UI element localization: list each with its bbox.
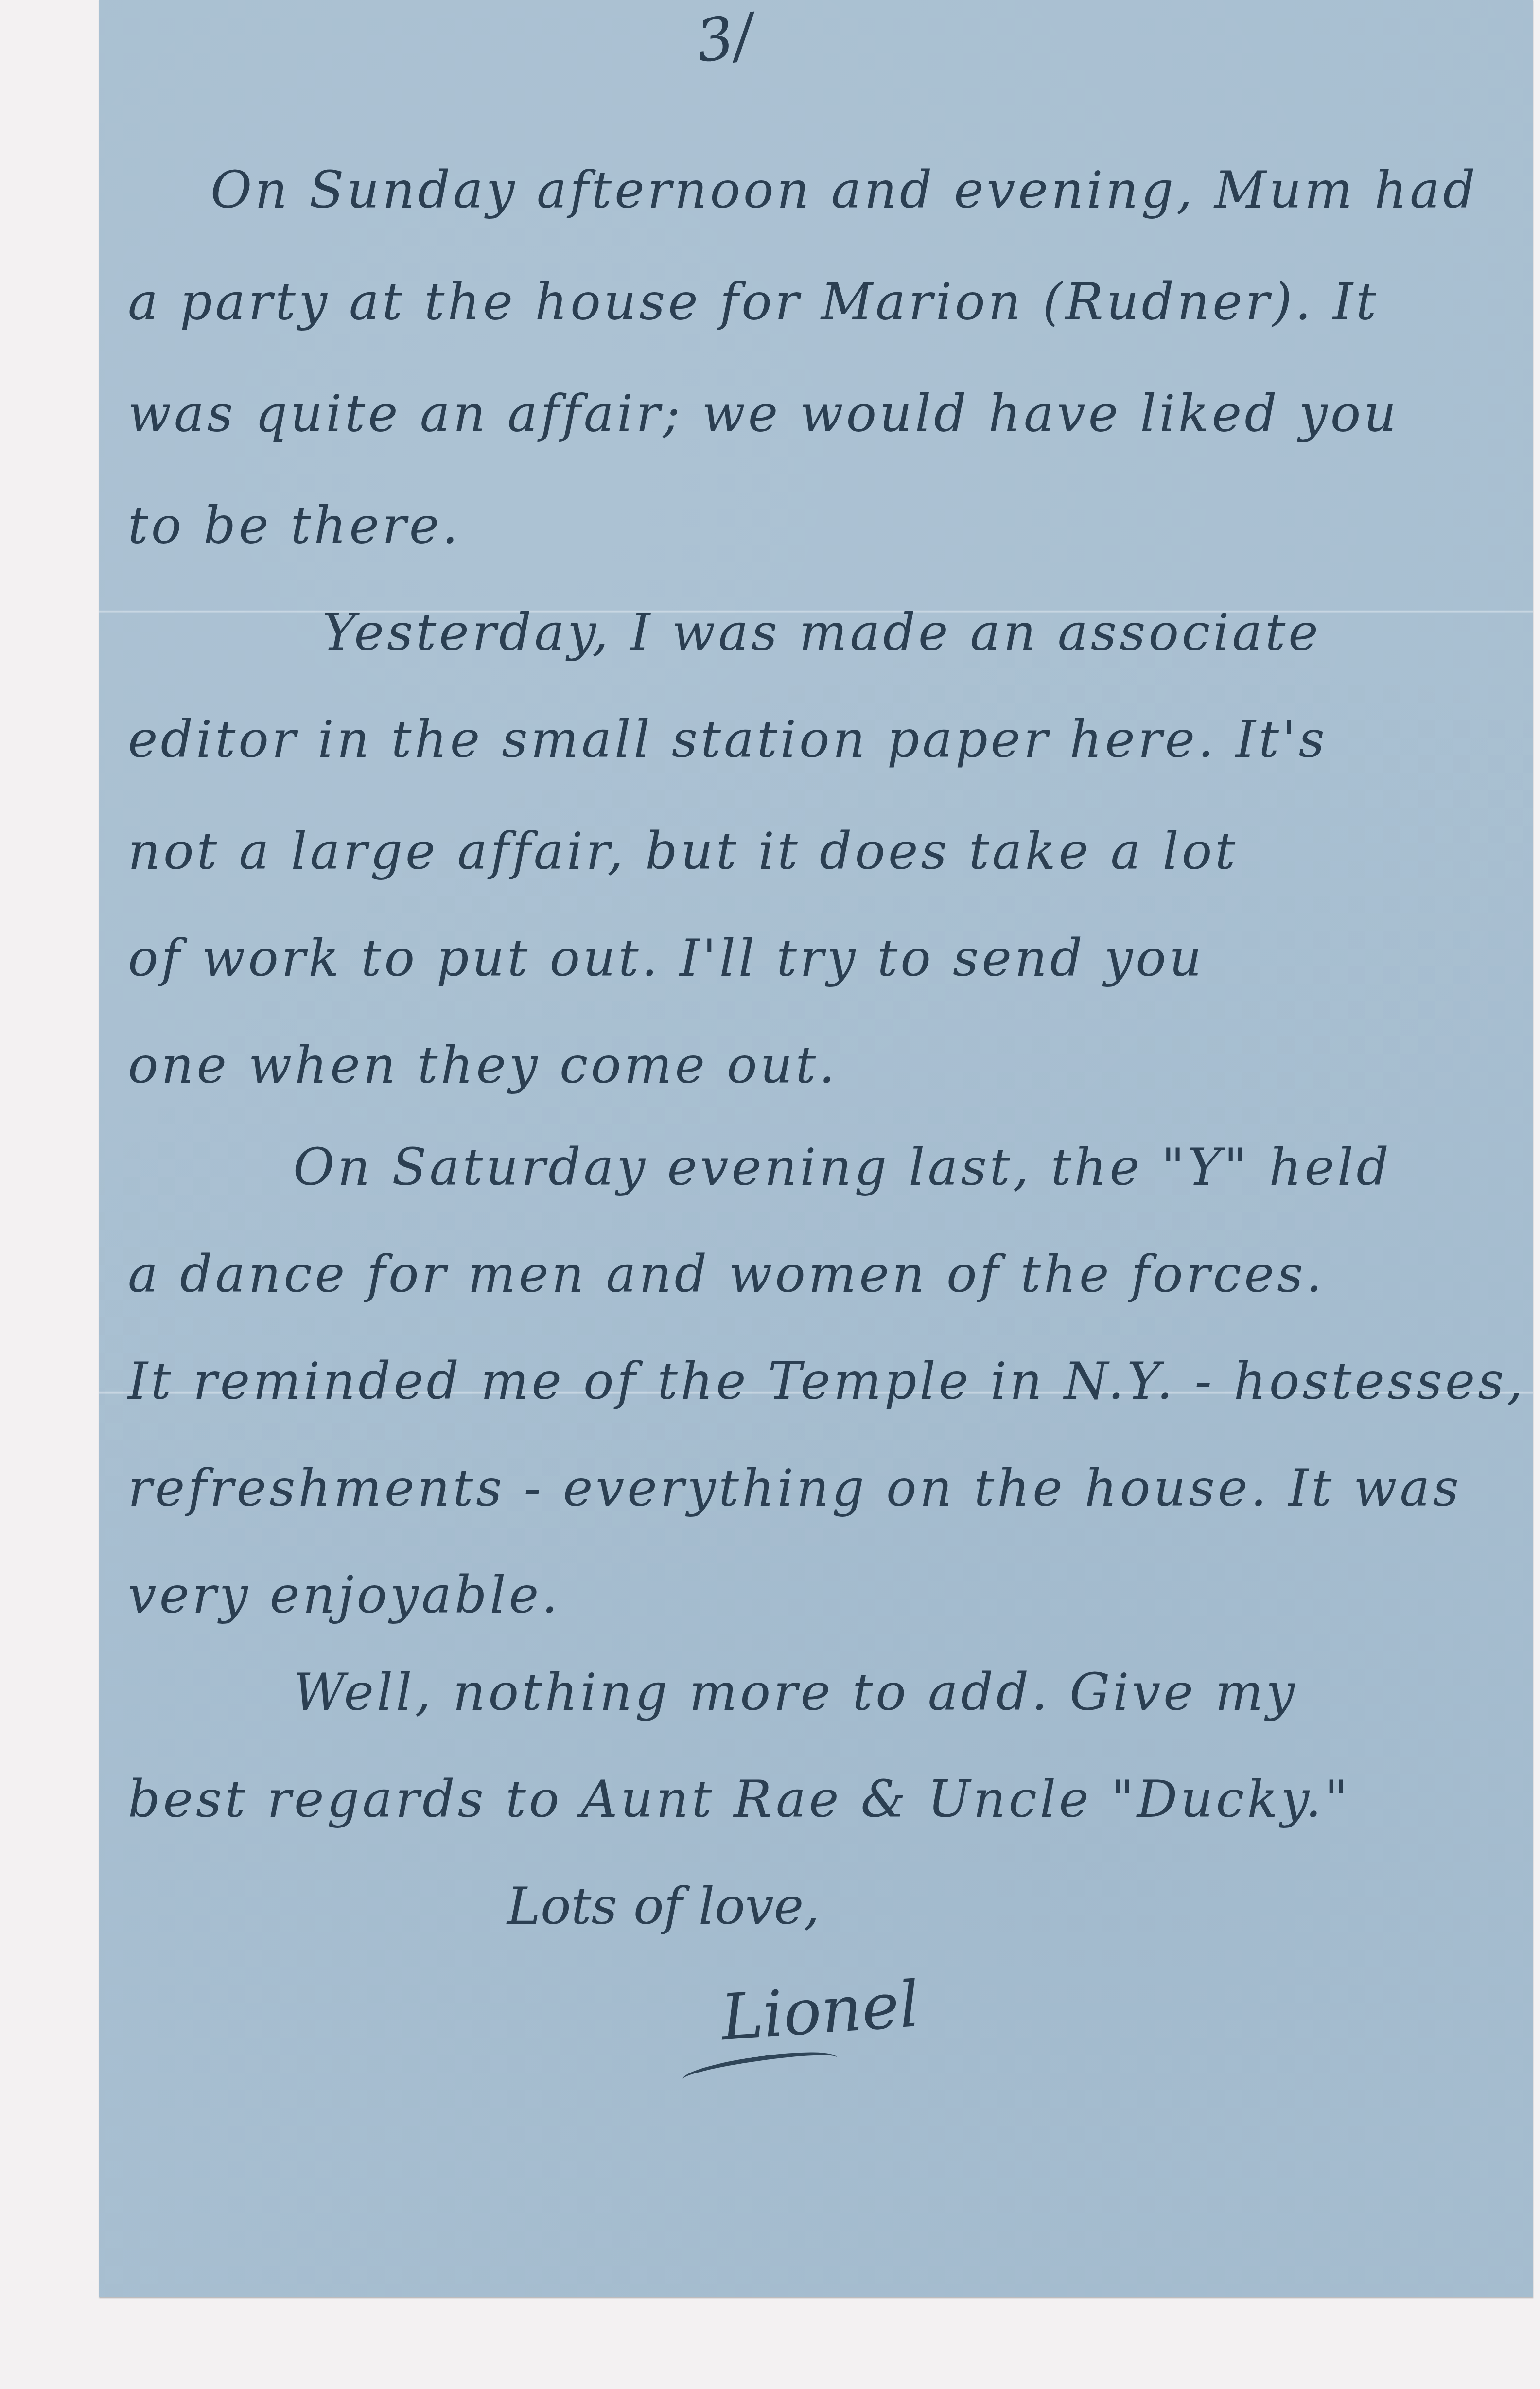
letter-line: a party at the house for Marion (Rudner)… — [128, 272, 1379, 332]
letter-line: Yesterday, I was made an associate — [322, 603, 1321, 662]
letter-line: refreshments - everything on the house. … — [128, 1458, 1462, 1518]
letter-line: best regards to Aunt Rae & Uncle "Ducky.… — [128, 1770, 1350, 1829]
letter-line: On Saturday evening last, the "Y" held — [293, 1138, 1392, 1197]
letter-page: 3/ On Sunday afternoon and evening, Mum … — [99, 0, 1533, 2297]
letter-line: It reminded me of the Temple in N.Y. - h… — [128, 1352, 1526, 1411]
signature-underline — [681, 2046, 839, 2091]
page-number: 3/ — [692, 1, 758, 76]
letter-line: very enjoyable. — [128, 1565, 560, 1625]
letter-line: to be there. — [128, 496, 461, 555]
letter-line: not a large affair, but it does take a l… — [128, 822, 1238, 881]
letter-closing: Lots of love, — [507, 1877, 820, 1936]
signature: Lionel — [718, 1967, 922, 2055]
letter-line: of work to put out. I'll try to send you — [128, 929, 1205, 988]
letter-line: editor in the small station paper here. … — [128, 710, 1328, 769]
letter-line: a dance for men and women of the forces. — [128, 1245, 1325, 1304]
letter-line: On Sunday afternoon and evening, Mum had — [210, 160, 1478, 220]
letter-line: Well, nothing more to add. Give my — [293, 1663, 1297, 1722]
letter-line: one when they come out. — [128, 1036, 838, 1095]
letter-line: was quite an affair; we would have liked… — [128, 384, 1399, 443]
